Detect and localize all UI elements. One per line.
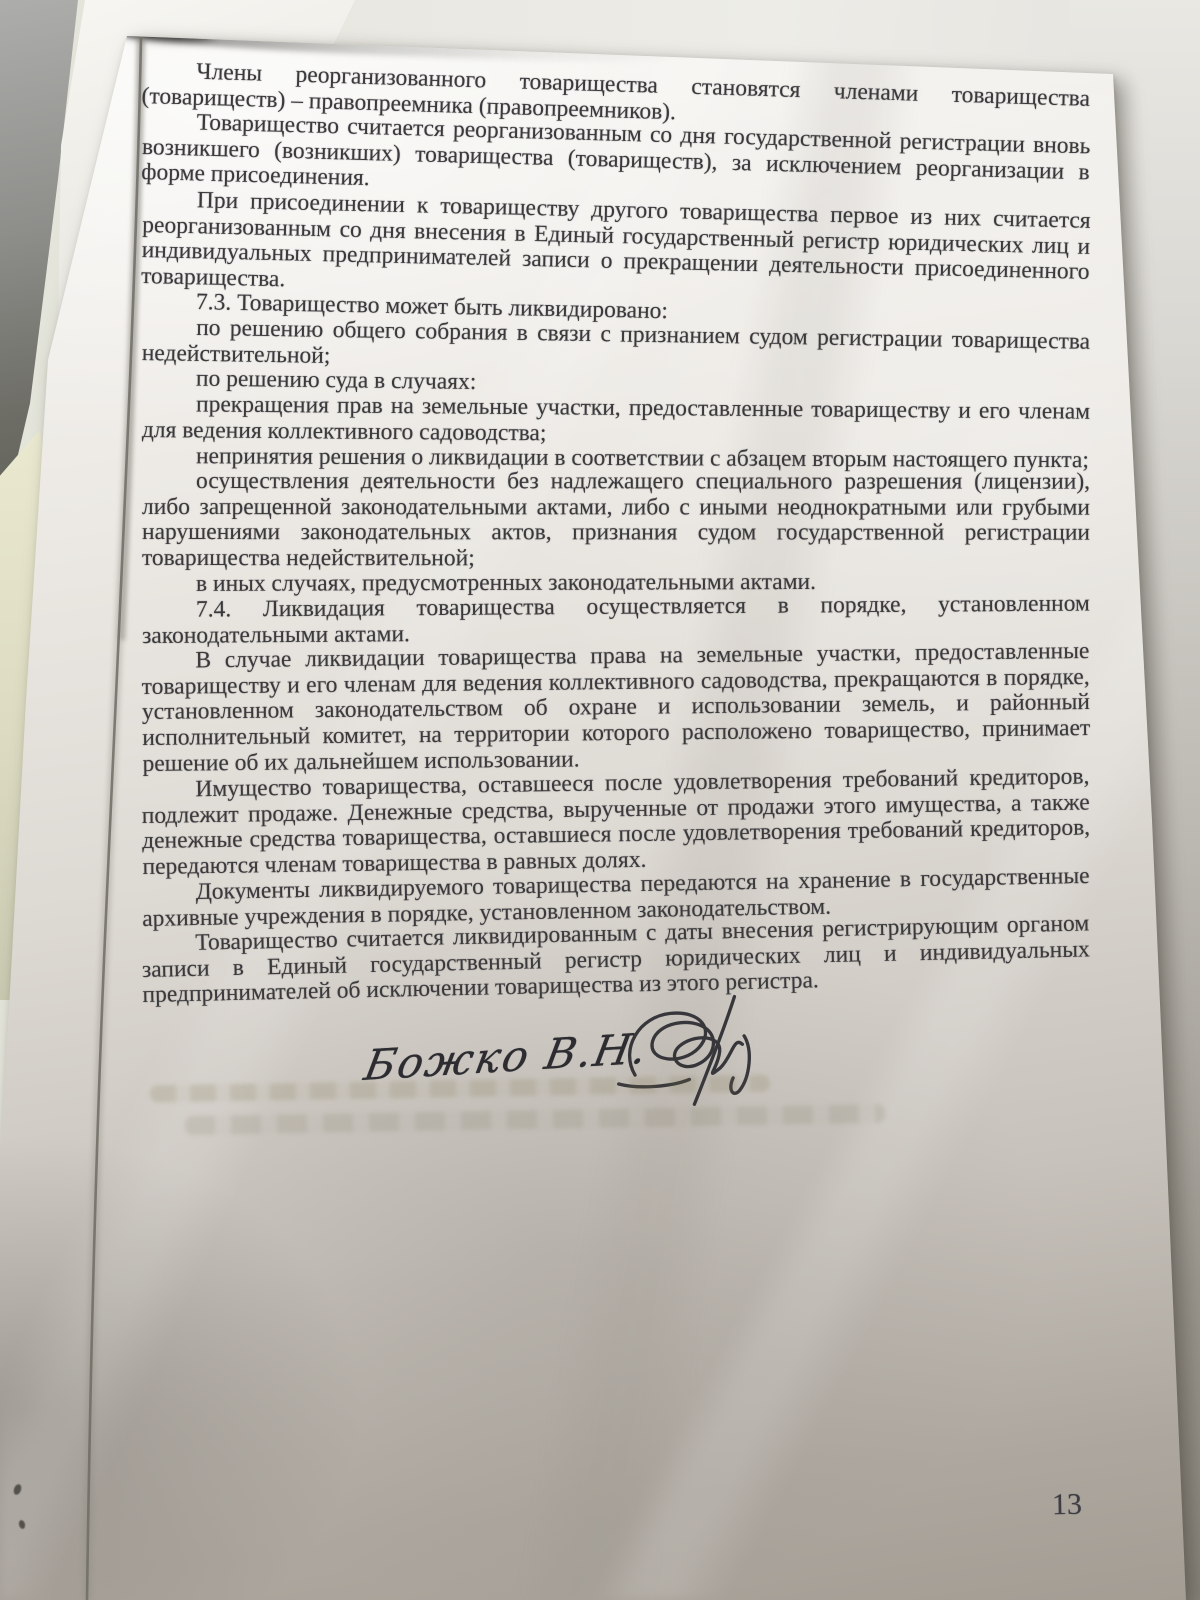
page-number: 13: [1052, 1488, 1083, 1523]
signature-flourish-icon: [608, 989, 782, 1120]
paragraph: осуществления деятельности без надлежаще…: [142, 469, 1090, 572]
paragraph: прекращения прав на земельные участки, п…: [142, 392, 1090, 451]
paragraph: В случае ликвидации товарищества права н…: [141, 639, 1090, 778]
document-text: Члены реорганизованного товарищества ста…: [142, 58, 1090, 1009]
photo-scene: Члены реорганизованного товарищества ста…: [0, 0, 1200, 1600]
paragraph: Имущество товарищества, оставшееся после…: [141, 764, 1090, 880]
page-shadow: Члены реорганизованного товарищества ста…: [0, 0, 1200, 1600]
document-page: Члены реорганизованного товарищества ста…: [0, 0, 1200, 1600]
